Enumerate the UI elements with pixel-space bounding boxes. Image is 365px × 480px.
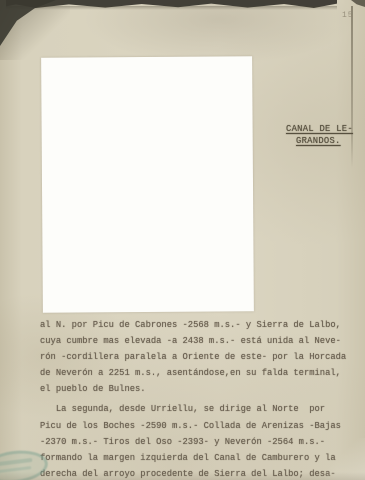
typed-line: el pueblo de Bulnes. (40, 381, 356, 397)
paragraph-2: La segunda, desde Urriellu, se dirige al… (40, 401, 356, 480)
typed-line: al N. por Picu de Cabrones -2568 m.s.- y… (40, 317, 356, 333)
typed-line: cuya cumbre mas elevada -a 2438 m.s.- es… (40, 333, 356, 349)
heading-line-2: GRANDOS. (286, 136, 353, 148)
typed-line: rón -cordillera paralela a Oriente de es… (40, 349, 356, 365)
stamp-text-smudge (0, 458, 33, 467)
scanned-document-page: 15 CANAL DE LE- GRANDOS. al N. por Picu … (0, 0, 365, 480)
bottom-edge-shadow (0, 472, 365, 480)
document-heading: CANAL DE LE- GRANDOS. (286, 124, 353, 147)
paragraph-1: al N. por Picu de Cabrones -2568 m.s.- y… (40, 317, 356, 397)
typed-line: La segunda, desde Urriellu, se dirige al… (40, 401, 356, 417)
heading-line-1: CANAL DE LE- (286, 124, 353, 136)
typed-line: -2370 m.s.- Tiros del Oso -2393- y Never… (40, 434, 356, 450)
typed-line: Picu de los Boches -2590 m.s.- Collada d… (40, 418, 356, 434)
top-right-corner-mark (351, 0, 365, 7)
blanked-white-region (41, 56, 254, 312)
typed-text-block: al N. por Picu de Cabrones -2568 m.s.- y… (40, 317, 356, 480)
typed-line: de Neverón a 2251 m.s., asentándose,en s… (40, 365, 356, 381)
typed-line: formando la margen izquierda del Canal d… (40, 450, 356, 466)
page-number: 15 (342, 11, 354, 20)
